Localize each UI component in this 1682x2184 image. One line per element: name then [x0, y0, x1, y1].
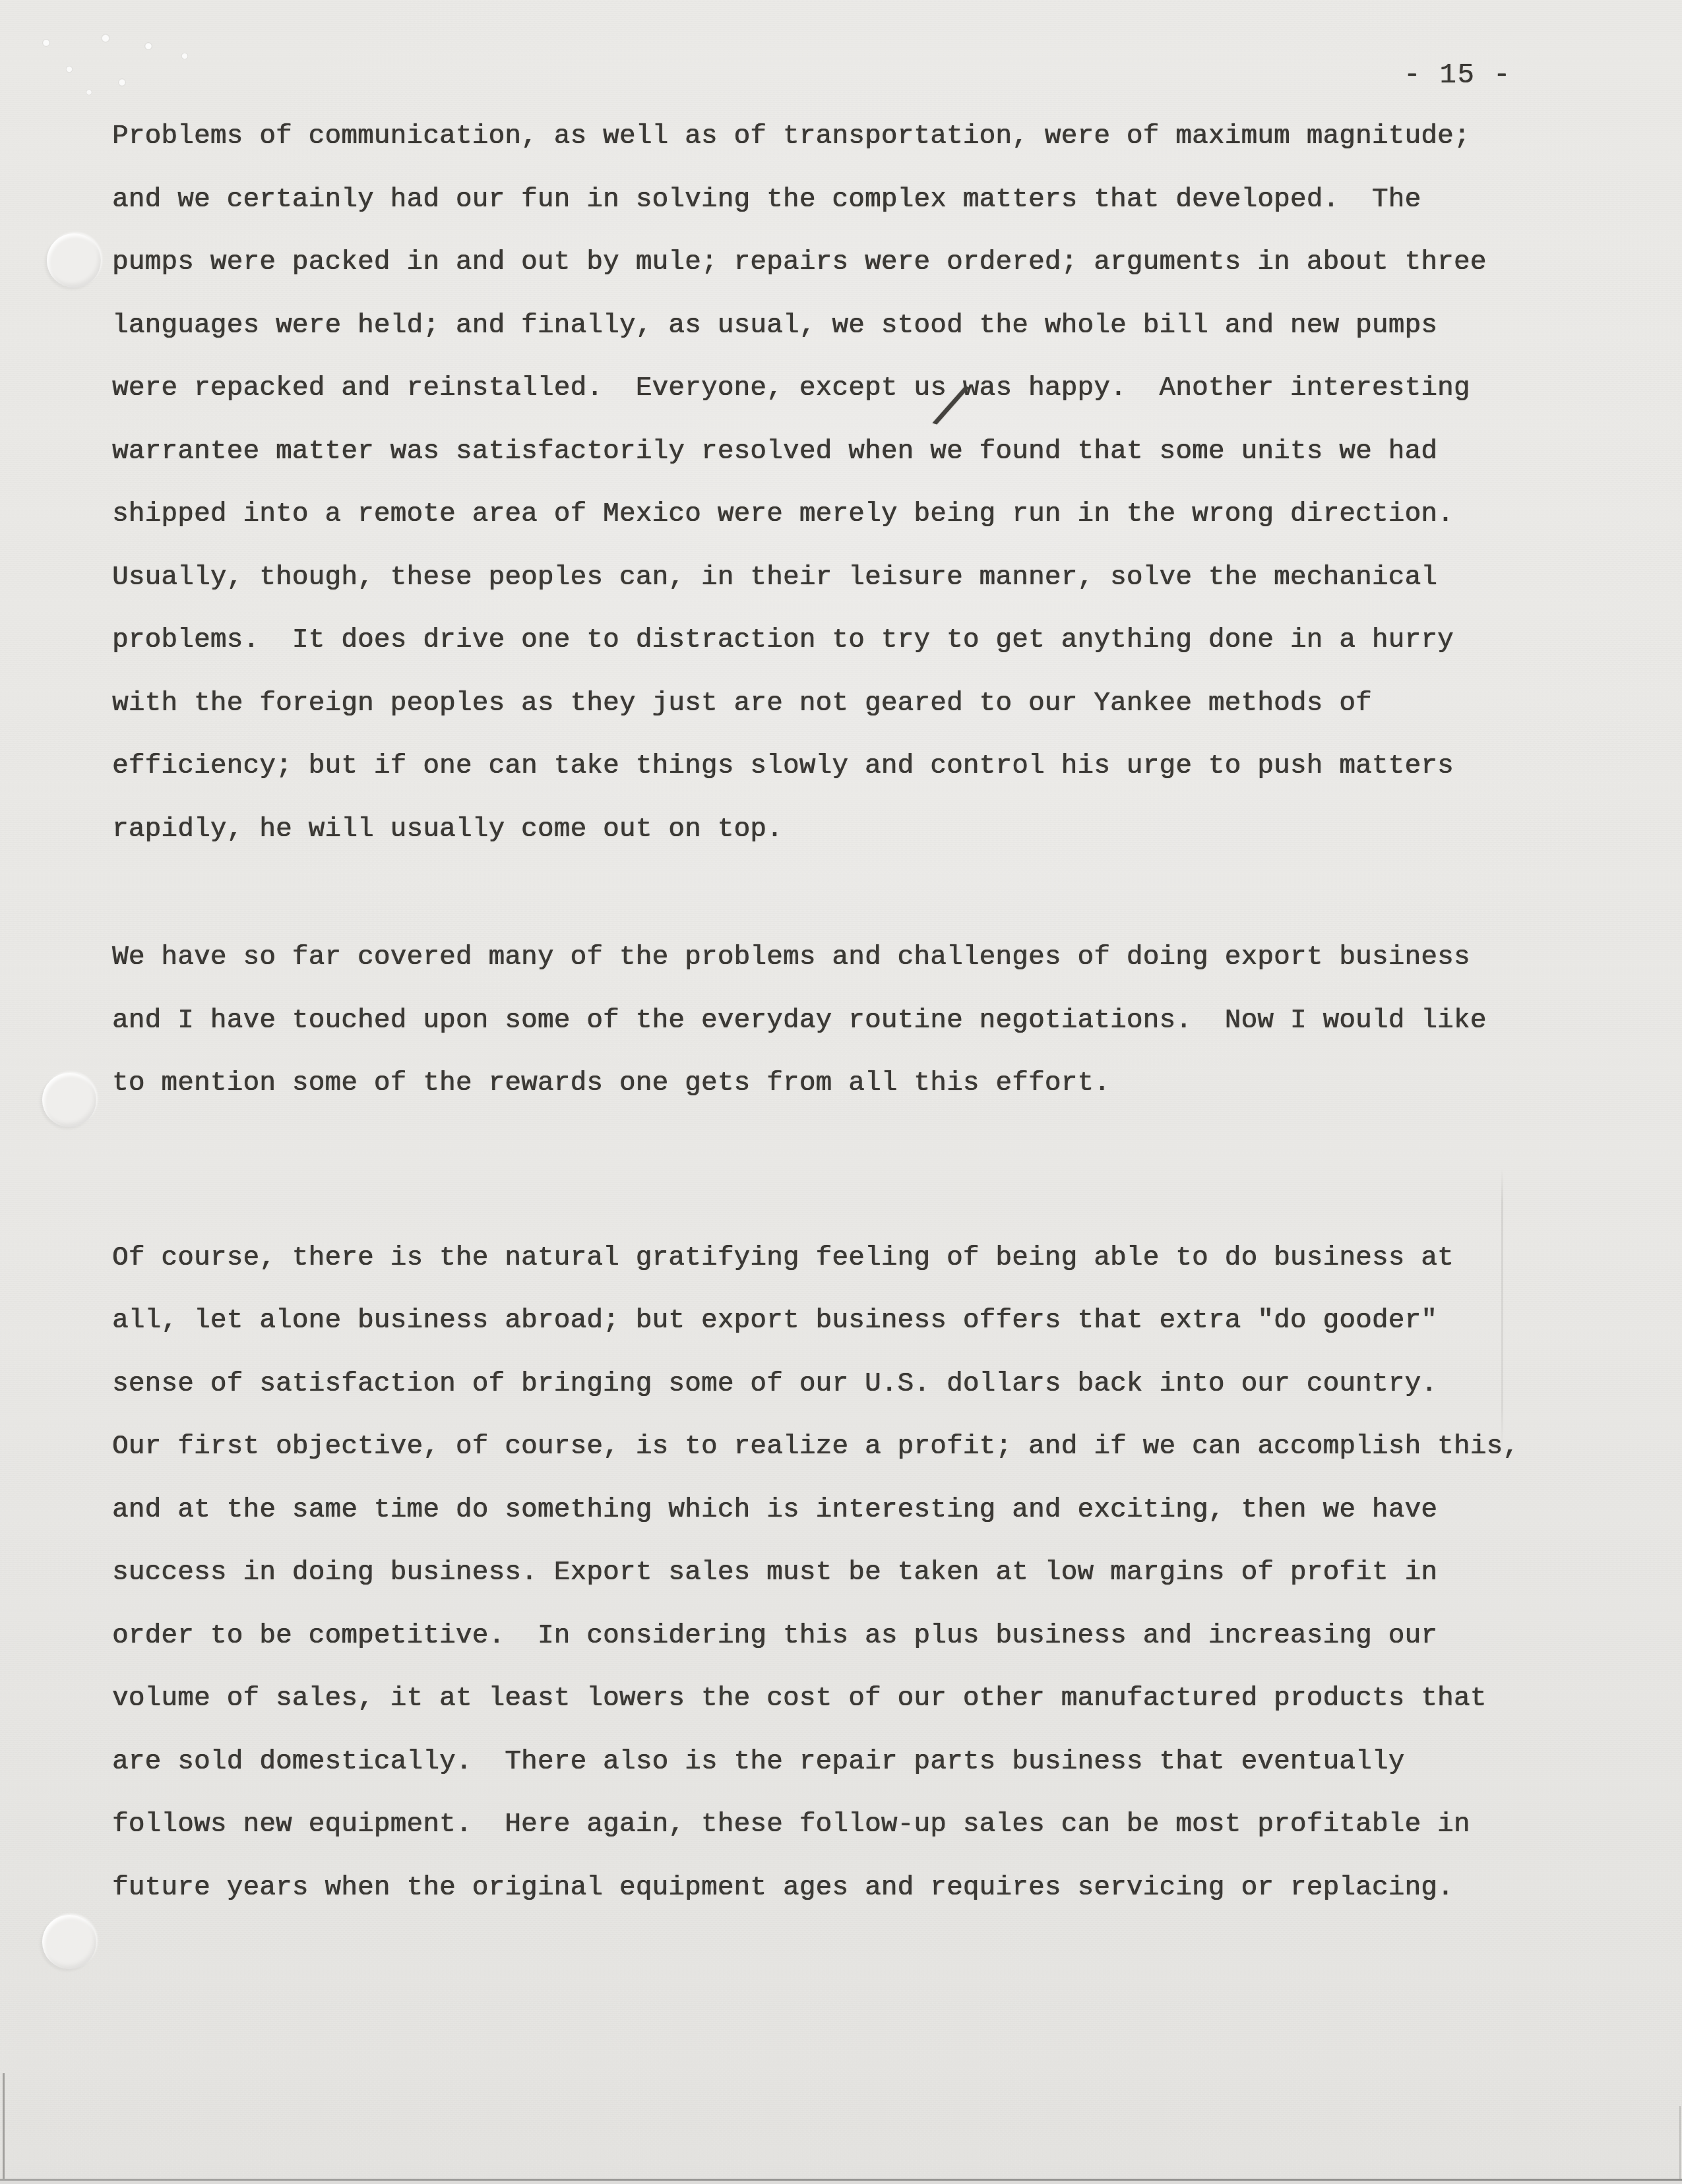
text-line: follows new equipment. Here again, these… — [112, 1794, 1576, 1857]
text-line: success in doing business. Export sales … — [112, 1542, 1576, 1605]
text-line: problems. It does drive one to distracti… — [112, 609, 1576, 673]
text-line: volume of sales, it at least lowers the … — [112, 1668, 1576, 1731]
text-line: Problems of communication, as well as of… — [112, 106, 1576, 169]
text-line: and I have touched upon some of the ever… — [112, 990, 1576, 1053]
page-number: - 15 - — [1404, 59, 1511, 91]
document-page: - 15 - Problems of communication, as wel… — [0, 0, 1682, 2184]
text-line: and at the same time do something which … — [112, 1479, 1576, 1542]
text-line: all, let alone business abroad; but expo… — [112, 1290, 1576, 1353]
paper-emboss-marks — [26, 20, 211, 106]
text-line: future years when the original equipment… — [112, 1857, 1576, 1920]
paragraph: Problems of communication, as well as of… — [112, 106, 1576, 861]
scan-crease — [1501, 1168, 1503, 1449]
paragraph: We have so far covered many of the probl… — [112, 926, 1576, 1116]
text-line: Usually, though, these peoples can, in t… — [112, 547, 1576, 610]
text-line: Of course, there is the natural gratifyi… — [112, 1227, 1576, 1290]
text-line: are sold domestically. There also is the… — [112, 1731, 1576, 1794]
text-line: languages were held; and finally, as usu… — [112, 295, 1576, 358]
text-line: We have so far covered many of the probl… — [112, 926, 1576, 990]
text-line: and we certainly had our fun in solving … — [112, 169, 1576, 232]
scan-right-edge — [1679, 2106, 1681, 2179]
text-line: order to be competitive. In considering … — [112, 1605, 1576, 1668]
text-line: to mention some of the rewards one gets … — [112, 1052, 1576, 1116]
punch-hole-middle — [42, 1073, 96, 1127]
text-line: with the foreign peoples as they just ar… — [112, 673, 1576, 736]
text-line: rapidly, he will usually come out on top… — [112, 799, 1576, 862]
scan-bottom-edge — [0, 2179, 1682, 2181]
paragraph: Of course, there is the natural gratifyi… — [112, 1227, 1576, 1920]
text-line: efficiency; but if one can take things s… — [112, 735, 1576, 799]
scan-left-edge — [3, 2073, 5, 2179]
text-line: warrantee matter was satisfactorily reso… — [112, 421, 1576, 484]
text-line: Our first objective, of course, is to re… — [112, 1416, 1576, 1479]
document-text: Problems of communication, as well as of… — [112, 106, 1576, 1920]
text-line: pumps were packed in and out by mule; re… — [112, 231, 1576, 295]
text-line: sense of satisfaction of bringing some o… — [112, 1353, 1576, 1416]
text-line: shipped into a remote area of Mexico wer… — [112, 483, 1576, 547]
text-line: were repacked and reinstalled. Everyone,… — [112, 357, 1576, 421]
punch-hole-bottom — [42, 1915, 96, 1969]
scan-bottom-lip — [0, 2181, 1682, 2184]
punch-hole-top — [47, 233, 101, 288]
